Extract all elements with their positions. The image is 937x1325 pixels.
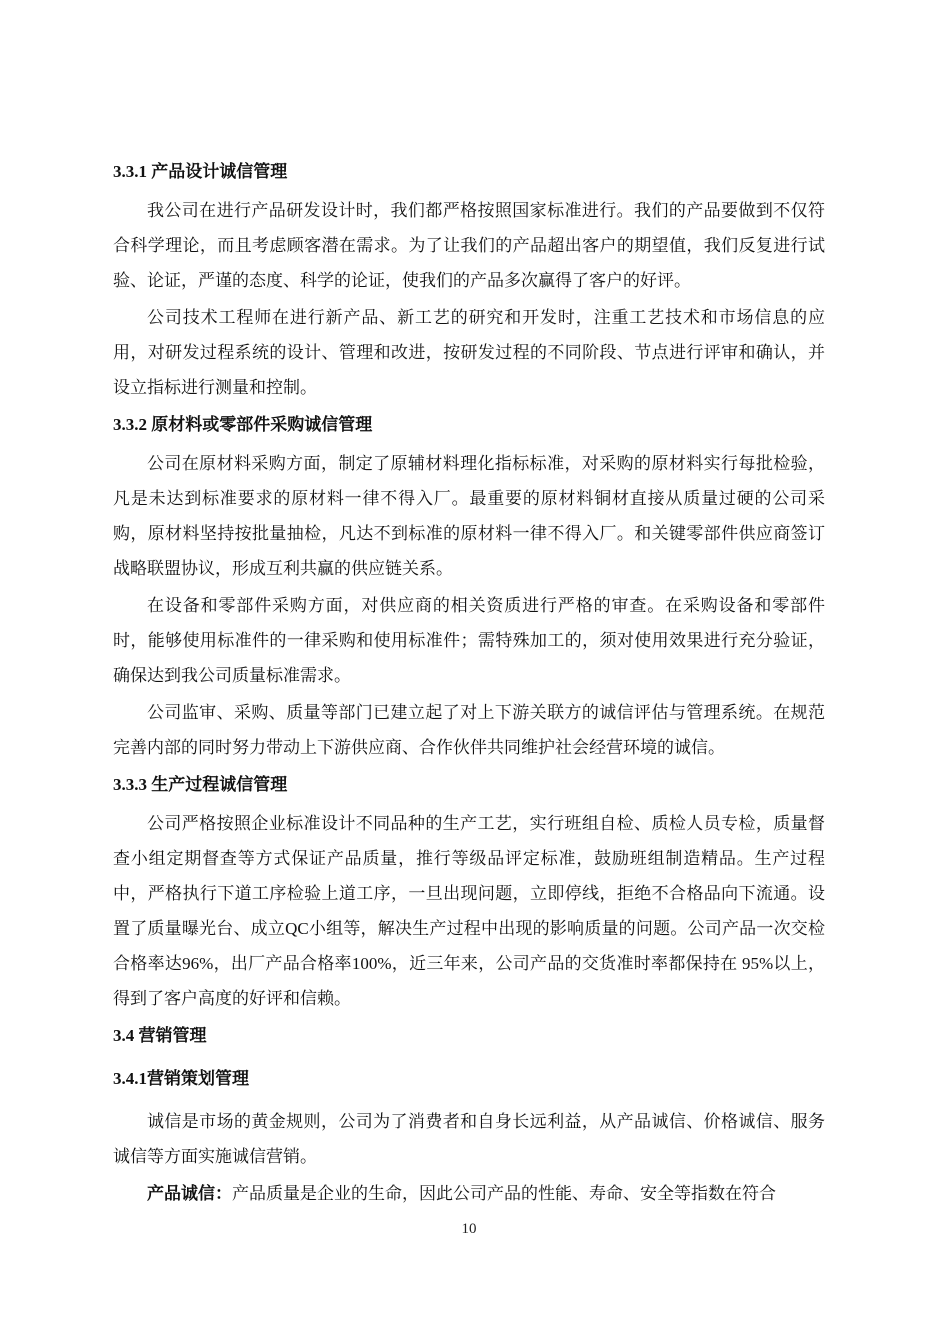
section-heading-3-3-1: 3.3.1 产品设计诚信管理 (113, 154, 825, 189)
section-heading-3-3-3: 3.3.3 生产过程诚信管理 (113, 767, 825, 802)
paragraph-lead-product-integrity: 产品诚信： (147, 1184, 232, 1203)
paragraph-procurement-3: 公司监审、采购、质量等部门已建立起了对上下游关联方的诚信评估与管理系统。在规范完… (113, 695, 825, 765)
document-content: 3.3.1 产品设计诚信管理 我公司在进行产品研发设计时，我们都严格按照国家标准… (0, 0, 937, 1239)
paragraph-procurement-2: 在设备和零部件采购方面，对供应商的相关资质进行严格的审查。在采购设备和零部件时，… (113, 588, 825, 693)
section-heading-3-3-2: 3.3.2 原材料或零部件采购诚信管理 (113, 407, 825, 442)
document-page: 3.3.1 产品设计诚信管理 我公司在进行产品研发设计时，我们都严格按照国家标准… (0, 0, 937, 1325)
paragraph-product-integrity: 产品诚信：产品质量是企业的生命，因此公司产品的性能、寿命、安全等指数在符合 (113, 1176, 825, 1211)
section-heading-3-4-1: 3.4.1营销策划管理 (113, 1061, 825, 1096)
paragraph-text-product-integrity: 产品质量是企业的生命，因此公司产品的性能、寿命、安全等指数在符合 (232, 1184, 776, 1203)
paragraph-marketing-1: 诚信是市场的黄金规则，公司为了消费者和自身长远利益，从产品诚信、价格诚信、服务诚… (113, 1104, 825, 1174)
paragraph-design-1: 我公司在进行产品研发设计时，我们都严格按照国家标准进行。我们的产品要做到不仅符合… (113, 193, 825, 298)
section-heading-3-4: 3.4 营销管理 (113, 1018, 825, 1053)
paragraph-production-1: 公司严格按照企业标准设计不同品种的生产工艺，实行班组自检、质检人员专检，质量督查… (113, 806, 825, 1016)
paragraph-design-2: 公司技术工程师在进行新产品、新工艺的研究和开发时，注重工艺技术和市场信息的应用，… (113, 300, 825, 405)
page-number: 10 (113, 1219, 825, 1239)
paragraph-procurement-1: 公司在原材料采购方面，制定了原辅材料理化指标标准，对采购的原材料实行每批检验，凡… (113, 446, 825, 586)
